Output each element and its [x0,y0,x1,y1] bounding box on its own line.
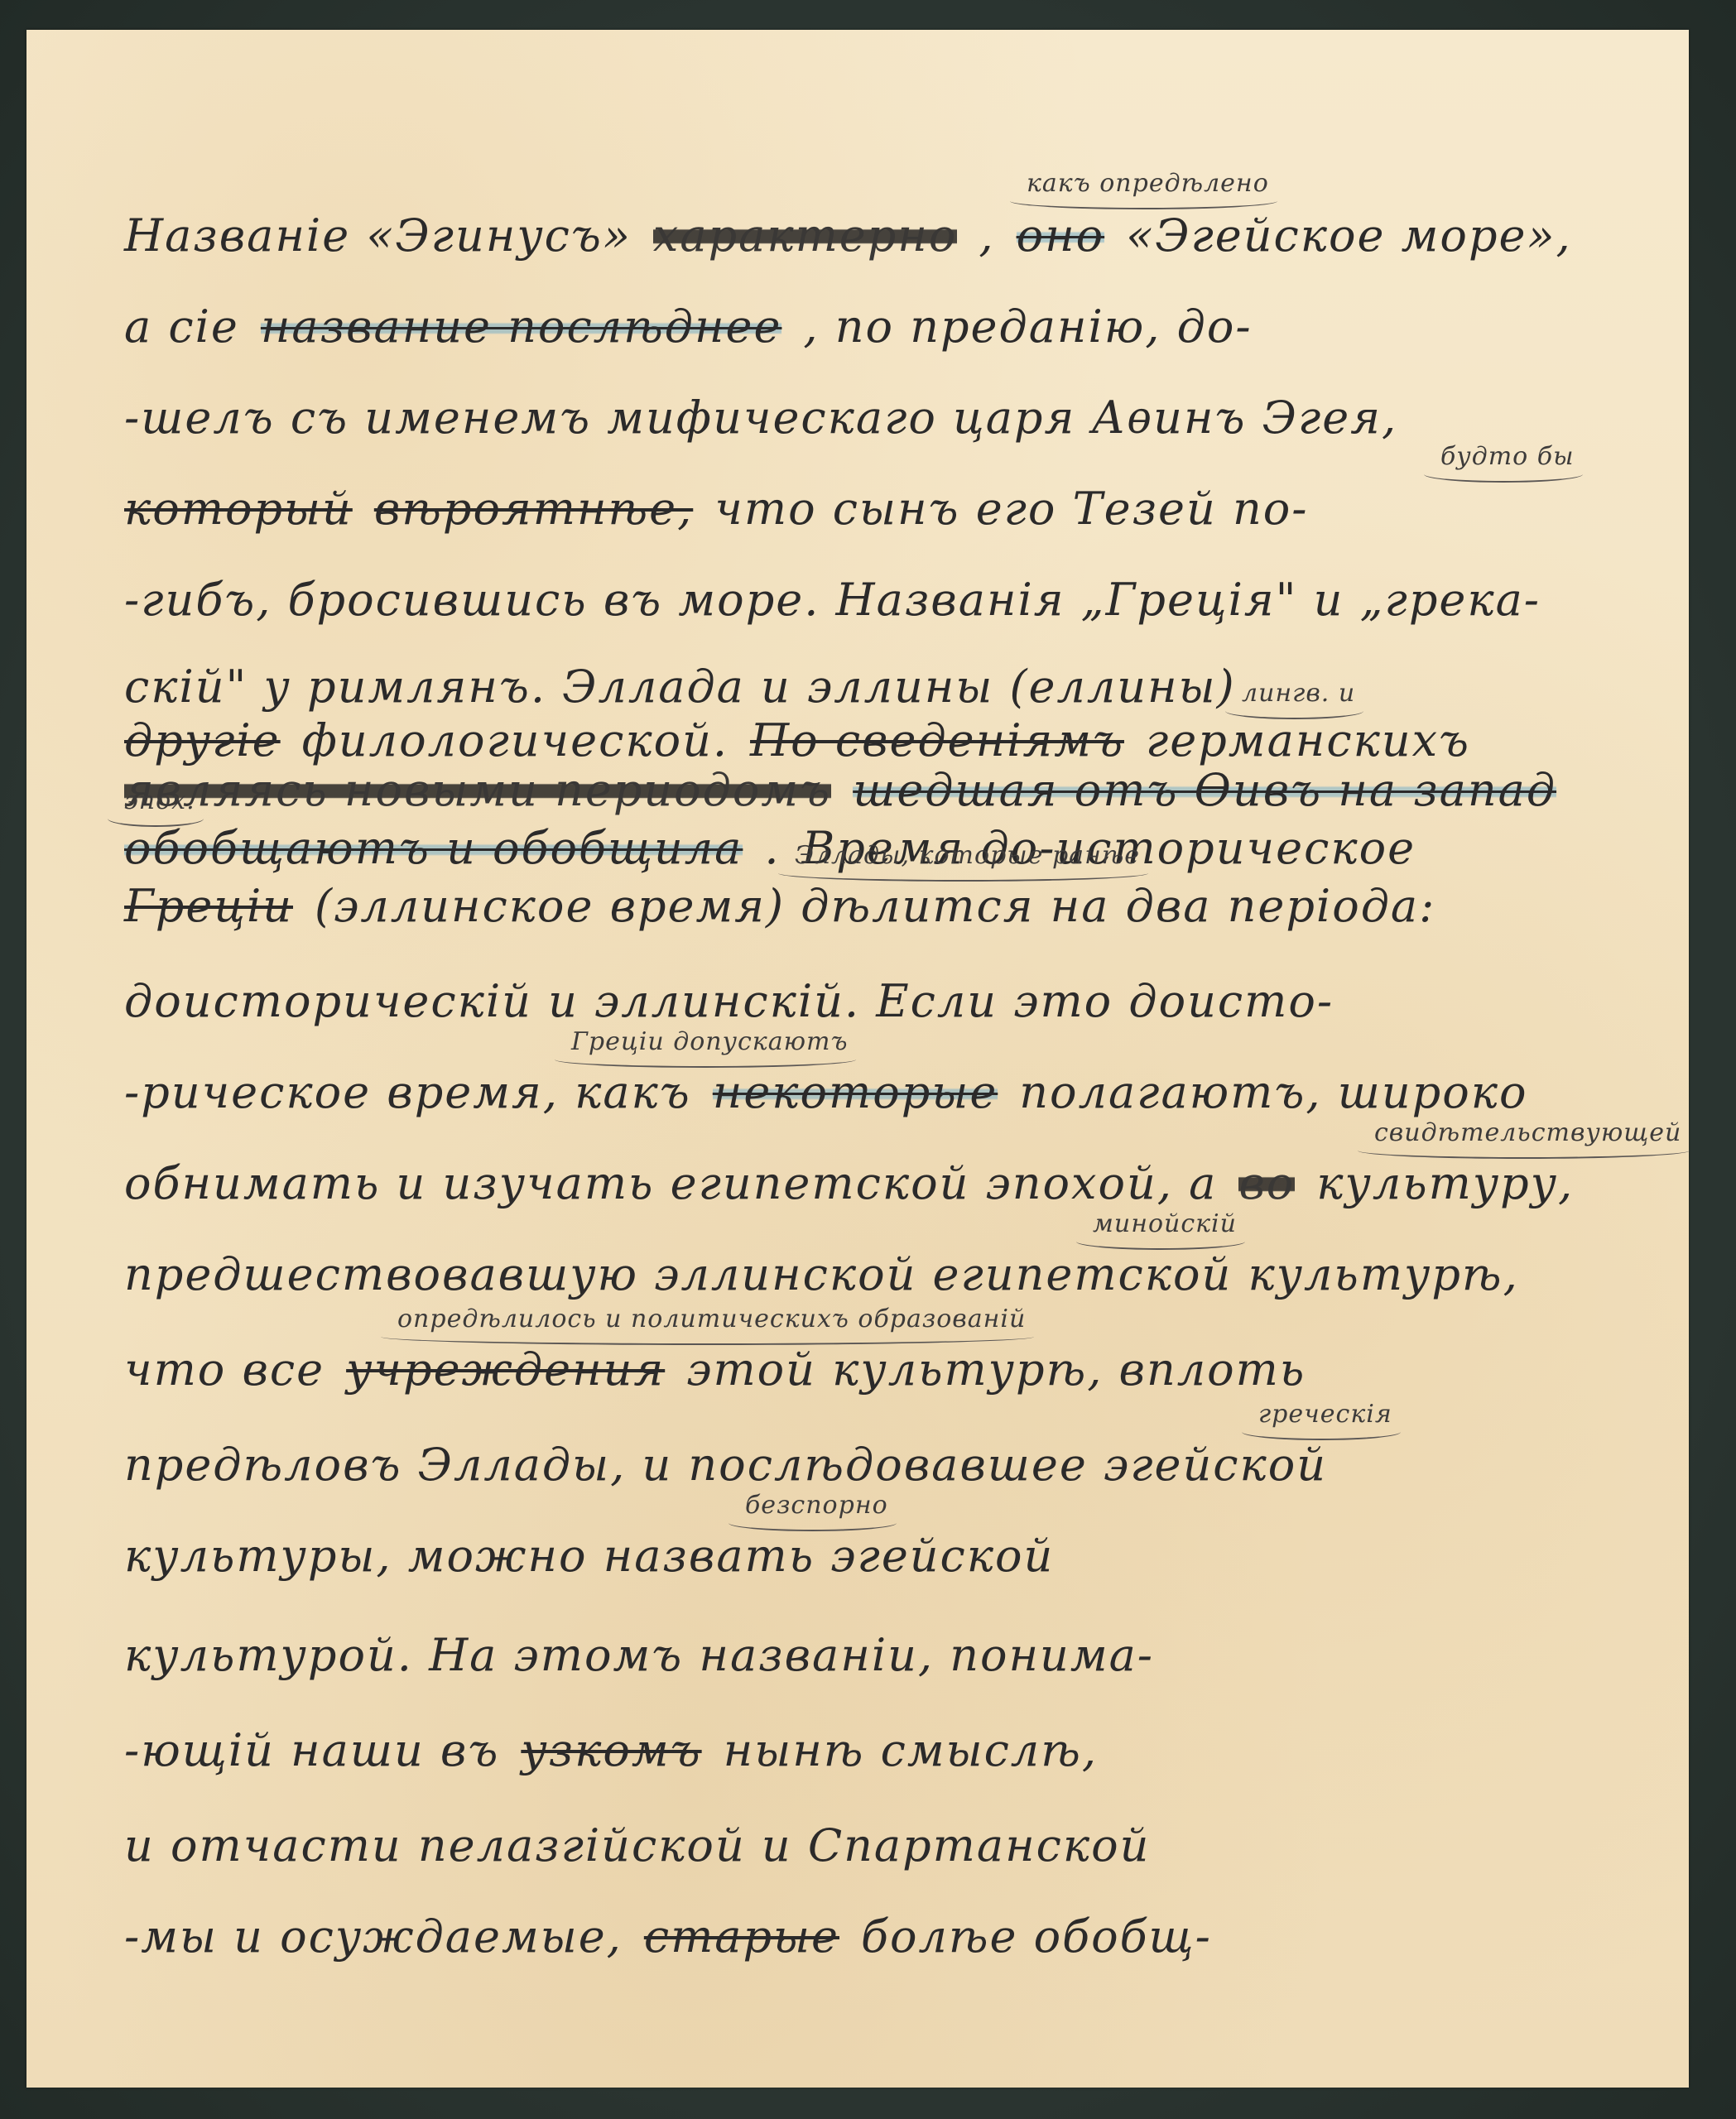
manuscript-line-14: предшествовавшую эллинской египетской ку… [124,1246,1686,1304]
text-segment: обнимать и изучать египетской эпохой, а [124,1155,1217,1213]
text-segment: «Эгейское море», [1126,207,1572,265]
interlinear-insertion: безспорно [745,1491,888,1520]
interlinear-insertion: эпох. [124,786,195,815]
insertion-connector-arc [381,1329,1034,1345]
struck-text-segment: во [1238,1155,1295,1213]
manuscript-line-10: Греціи(эллинское время) дѣлится на два п… [124,877,1686,935]
manuscript-line-6: скій" у римлянъ. Эллада и эллины (еллины… [124,658,1686,716]
manuscript-line-18: культурой. На этомъ названіи, понима- [124,1626,1686,1684]
text-segment: культурой. На этомъ названіи, понима- [124,1626,1154,1684]
struck-text-segment: который [124,480,353,538]
insertion-connector-arc [1225,703,1363,719]
text-segment: полагаютъ, широко [1019,1064,1527,1122]
text-segment: Названіе «Эгинусъ» [124,207,632,265]
manuscript-line-16: предѣловъ Эллады, и послѣдовавшее эгейск… [124,1436,1686,1494]
insertion-connector-arc [1242,1424,1401,1440]
text-segment: предѣловъ Эллады, и послѣдовавшее эгейск… [124,1436,1327,1494]
insertion-connector-arc [555,1051,856,1068]
struck-text-segment: Греціи [124,877,293,935]
manuscript-line-2: а сіеназвание послѣднее, по преданію, до… [124,298,1686,356]
text-segment: и отчасти пелазгійской и Спартанской [124,1817,1150,1875]
insertion-connector-arc [729,1515,897,1531]
text-segment: (эллинское время) дѣлится на два періода… [315,877,1435,935]
text-segment: , [979,207,994,265]
text-segment: -гибъ, бросившись въ море. Названія „Гре… [124,571,1541,629]
text-segment: -шелъ съ именемъ мифическаго царя Аѳинъ … [124,389,1397,447]
interlinear-insertion: минойскій [1093,1209,1237,1238]
struck-text-segment: характерно [653,207,957,265]
insertion-connector-arc [1010,193,1277,209]
text-segment: культуры, можно назвать эгейской [124,1527,1054,1585]
struck-text-segment: оно [1017,207,1105,265]
interlinear-insertion: опредѣлилось и политическихъ образованій [397,1305,1026,1333]
interlinear-insertion: свидѣтельствующей [1374,1118,1681,1147]
text-segment: доисторическій и эллинскій. Если это дои… [124,973,1334,1031]
interlinear-insertion: будто бы [1440,442,1575,471]
manuscript-line-11: доисторическій и эллинскій. Если это дои… [124,973,1686,1031]
text-segment: , по преданію, до- [803,298,1252,356]
manuscript-line-19: -ющій наши въузкомънынѣ смыслѣ, [124,1722,1686,1780]
manuscript-line-17: культуры, можно назвать эгейской [124,1527,1686,1585]
interlinear-insertion: лингв. и [1242,679,1355,708]
manuscript-line-13: обнимать и изучать египетской эпохой, ав… [124,1155,1686,1213]
text-segment: болѣе обобщ- [861,1908,1212,1966]
text-segment: скій" у римлянъ. Эллада и эллины (еллины… [124,658,1236,716]
struck-text-segment: учреждения [346,1341,665,1399]
manuscript-line-5: -гибъ, бросившись въ море. Названія „Гре… [124,571,1686,629]
text-segment: -ющій наши въ [124,1722,499,1780]
manuscript-line-12: -рическое время, какънекоторыеполагаютъ,… [124,1064,1686,1122]
text-segment: предшествовавшую эллинской египетской ку… [124,1246,1519,1304]
struck-text-segment: вѣроятнѣе, [374,480,693,538]
struck-text-segment: обобщаютъ и обобщила [124,819,743,877]
insertion-connector-arc [1076,1233,1245,1250]
text-segment: а сіе [124,298,239,356]
interlinear-insertion: какъ опредѣлено [1027,169,1269,198]
interlinear-insertion: Эллады, которые ранѣе [795,841,1140,870]
insertion-connector-arc [108,810,204,827]
manuscript-line-8: являясь новыми периодомъшедшая отъ Ѳивъ … [124,762,1686,819]
text-segment: -мы и осуждаемые, [124,1908,623,1966]
manuscript-line-20: и отчасти пелазгійской и Спартанской [124,1817,1686,1875]
struck-text-segment: старые [644,1908,839,1966]
insertion-connector-arc [1358,1142,1690,1159]
struck-text-segment: название послѣднее [261,298,782,356]
manuscript-line-1: Названіе «Эгинусъ»характерно,оно«Эгейско… [124,207,1686,265]
text-segment: что все [124,1341,325,1399]
text-segment: что сынъ его Тезей по- [714,480,1308,538]
struck-text-segment: некоторые [713,1064,998,1122]
text-segment: этой культурѣ, вплоть [686,1341,1306,1399]
insertion-connector-arc [778,865,1148,882]
insertion-connector-arc [1424,466,1583,483]
text-segment: нынѣ смыслѣ, [724,1722,1098,1780]
manuscript-line-15: что всеучрежденияэтой культурѣ, вплоть [124,1341,1686,1399]
manuscript-line-3: -шелъ съ именемъ мифическаго царя Аѳинъ … [124,389,1686,447]
manuscript-line-21: -мы и осуждаемые,старыеболѣе обобщ- [124,1908,1686,1966]
struck-text-segment: узкомъ [521,1722,701,1780]
interlinear-insertion: греческія [1258,1400,1392,1429]
struck-text-segment: шедшая отъ Ѳивъ на запад [853,762,1556,819]
interlinear-insertion: Греціи допускаютъ [571,1027,848,1056]
text-segment: культуру, [1316,1155,1574,1213]
manuscript-line-4: которыйвѣроятнѣе,что сынъ его Тезей по- [124,480,1686,538]
text-segment: -рическое время, какъ [124,1064,691,1122]
struck-text-segment: являясь новыми периодомъ [124,762,831,819]
